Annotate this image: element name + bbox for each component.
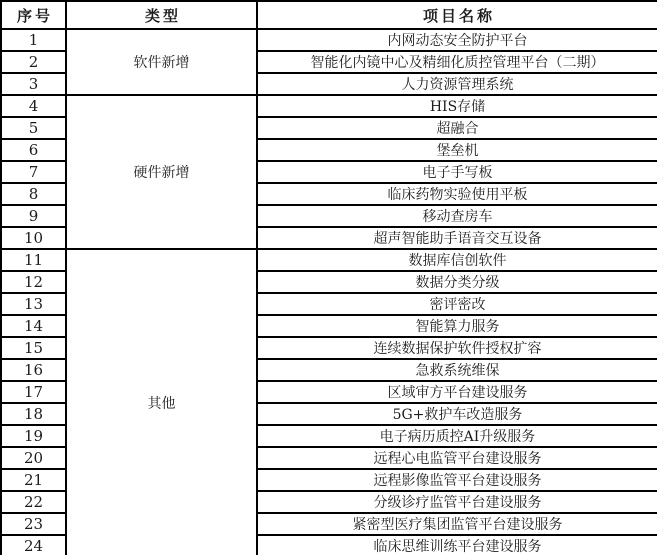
row-number-cell: 9 [1,205,66,227]
project-name-cell: 智能化内镜中心及精细化质控管理平台（二期） [257,51,657,73]
row-number-cell: 20 [1,447,66,469]
table-header: 序号 类型 项目名称 [1,1,657,29]
row-number-cell: 21 [1,469,66,491]
project-name-cell: 堡垒机 [257,139,657,161]
project-name-cell: 连续数据保护软件授权扩容 [257,337,657,359]
project-name-cell: 人力资源管理系统 [257,73,657,95]
project-name-cell: HIS存储 [257,95,657,117]
row-number-cell: 22 [1,491,66,513]
table-row: 1软件新增内网动态安全防护平台 [1,29,657,51]
row-number-cell: 4 [1,95,66,117]
table-row: 4硬件新增HIS存储 [1,95,657,117]
row-number-cell: 19 [1,425,66,447]
project-name-cell: 电子手写板 [257,161,657,183]
header-row: 序号 类型 项目名称 [1,1,657,29]
projects-table: 序号 类型 项目名称 1软件新增内网动态安全防护平台2智能化内镜中心及精细化质控… [0,0,657,555]
row-number-cell: 17 [1,381,66,403]
project-name-cell: 急救系统维保 [257,359,657,381]
row-number-cell: 13 [1,293,66,315]
table-body: 1软件新增内网动态安全防护平台2智能化内镜中心及精细化质控管理平台（二期）3人力… [1,29,657,555]
row-number-cell: 16 [1,359,66,381]
row-number-cell: 10 [1,227,66,249]
row-number-cell: 18 [1,403,66,425]
row-number-cell: 14 [1,315,66,337]
row-number-cell: 12 [1,271,66,293]
row-number-cell: 5 [1,117,66,139]
row-number-cell: 2 [1,51,66,73]
row-number-cell: 15 [1,337,66,359]
row-number-cell: 1 [1,29,66,51]
project-name-cell: 数据分类分级 [257,271,657,293]
header-cell-number: 序号 [1,1,66,29]
type-group-cell: 软件新增 [66,29,257,95]
row-number-cell: 11 [1,249,66,271]
project-name-cell: 分级诊疗监管平台建设服务 [257,491,657,513]
row-number-cell: 24 [1,535,66,555]
table-row: 11其他数据库信创软件 [1,249,657,271]
project-name-cell: 5G+救护车改造服务 [257,403,657,425]
row-number-cell: 3 [1,73,66,95]
type-group-cell: 其他 [66,249,257,555]
project-name-cell: 智能算力服务 [257,315,657,337]
project-name-cell: 内网动态安全防护平台 [257,29,657,51]
header-cell-type: 类型 [66,1,257,29]
project-name-cell: 超声智能助手语音交互设备 [257,227,657,249]
project-name-cell: 远程影像监管平台建设服务 [257,469,657,491]
row-number-cell: 23 [1,513,66,535]
project-name-cell: 超融合 [257,117,657,139]
project-name-cell: 远程心电监管平台建设服务 [257,447,657,469]
project-name-cell: 临床思维训练平台建设服务 [257,535,657,555]
project-name-cell: 区域审方平台建设服务 [257,381,657,403]
project-name-cell: 紧密型医疗集团监管平台建设服务 [257,513,657,535]
project-name-cell: 数据库信创软件 [257,249,657,271]
type-group-cell: 硬件新增 [66,95,257,249]
header-cell-project-name: 项目名称 [257,1,657,29]
row-number-cell: 7 [1,161,66,183]
project-name-cell: 电子病历质控AI升级服务 [257,425,657,447]
project-name-cell: 密评密改 [257,293,657,315]
project-name-cell: 临床药物实验使用平板 [257,183,657,205]
row-number-cell: 6 [1,139,66,161]
row-number-cell: 8 [1,183,66,205]
project-name-cell: 移动查房车 [257,205,657,227]
